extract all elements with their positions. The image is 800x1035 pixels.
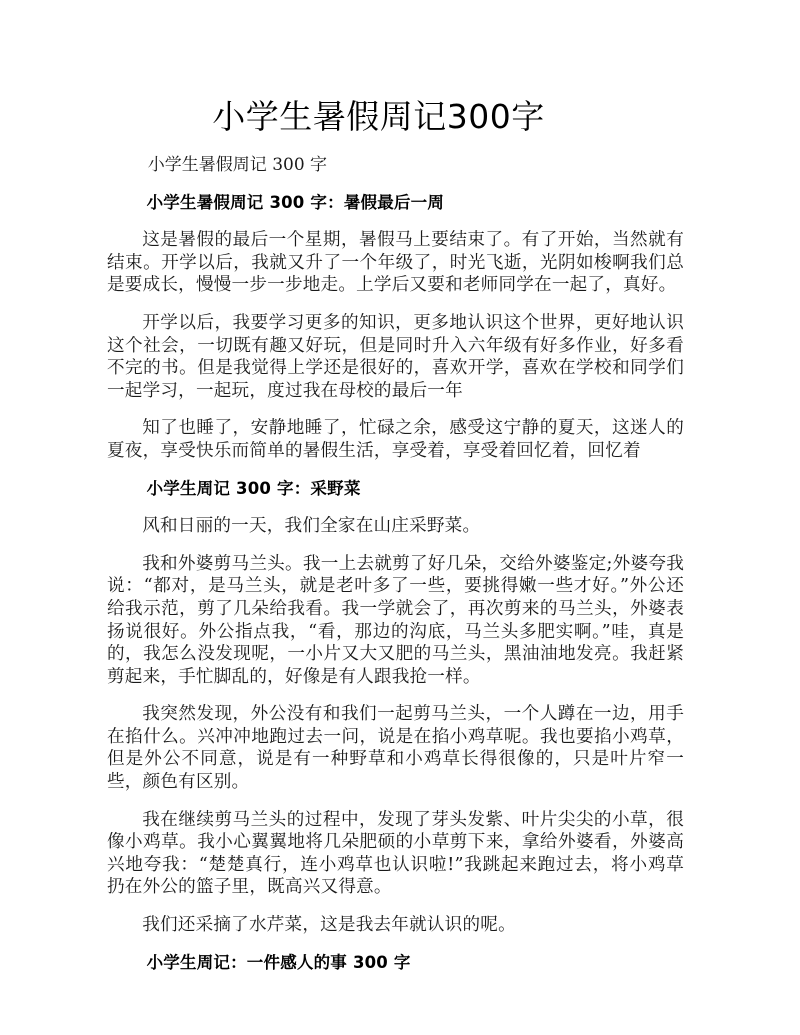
paragraph: 这是暑假的最后一个星期，暑假马上要结束了。有了开始，当然就有结束。开学以后，我就… — [107, 229, 684, 297]
section-last-week: 小学生暑假周记 300 字：暑假最后一周 这是暑假的最后一个星期，暑假马上要结束… — [107, 192, 684, 463]
section-heading: 小学生暑假周记 300 字：暑假最后一周 — [107, 192, 684, 215]
paragraph: 我在继续剪马兰头的过程中，发现了芽头发紫、叶片尖尖的小草，很像小鸡草。我小心翼翼… — [107, 809, 684, 899]
paragraph: 风和日丽的一天，我们全家在山庄采野菜。 — [107, 515, 684, 538]
paragraph: 知了也睡了，安静地睡了，忙碌之余，感受这宁静的夏天，这迷人的夏夜，享受快乐而简单… — [107, 417, 684, 462]
paragraph: 我突然发现，外公没有和我们一起剪马兰头，一个人蹲在一边，用手在掐什么。兴冲冲地跑… — [107, 703, 684, 793]
paragraph: 开学以后，我要学习更多的知识，更多地认识这个世界，更好地认识这个社会，一切既有趣… — [107, 312, 684, 402]
section-touching-event: 小学生周记：一件感人的事 300 字 — [107, 952, 684, 975]
section-picking-wild-vegetables: 小学生周记 300 字：采野菜 风和日丽的一天，我们全家在山庄采野菜。 我和外婆… — [107, 478, 684, 937]
paragraph: 我和外婆剪马兰头。我一上去就剪了好几朵，交给外婆鉴定;外婆夸我说：“都对，是马兰… — [107, 553, 684, 689]
document-body: 小学生暑假周记 300 字 小学生暑假周记 300 字：暑假最后一周 这是暑假的… — [107, 154, 684, 989]
paragraph: 我们还采摘了水芹菜，这是我去年就认识的呢。 — [107, 914, 684, 937]
section-heading: 小学生周记 300 字：采野菜 — [107, 478, 684, 501]
section-heading: 小学生周记：一件感人的事 300 字 — [107, 952, 684, 975]
document-subtitle: 小学生暑假周记 300 字 — [107, 154, 684, 177]
document-title: 小学生暑假周记300字 — [90, 93, 667, 141]
